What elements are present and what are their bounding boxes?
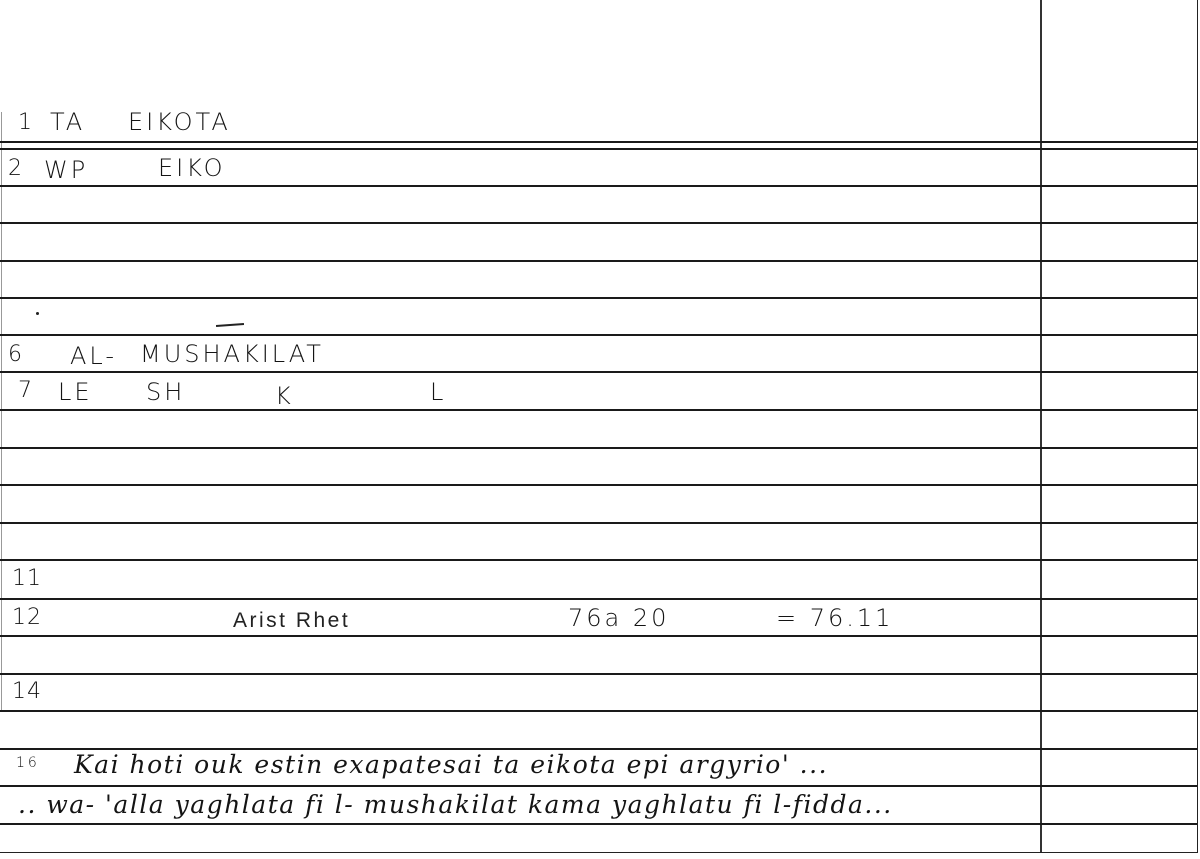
macron-mark	[216, 323, 244, 327]
source-reference: Arist Rhet	[233, 610, 350, 631]
rule-line	[0, 823, 1197, 825]
line-number: 6	[8, 344, 23, 366]
rule-line	[0, 297, 1197, 299]
rule-line	[0, 710, 1197, 712]
rule-line	[0, 673, 1197, 675]
rule-line	[0, 409, 1197, 411]
arabic-translation: .. wa- 'alla yaghlata fi l- mushakilat k…	[18, 792, 893, 817]
entry-text: AL-	[70, 344, 117, 368]
entry-text: MUSHAKILAT	[140, 342, 324, 366]
page-reference: 76a 20	[568, 606, 669, 630]
equivalent-reference: = 76.11	[776, 606, 893, 630]
index-card: 1 TA EIKOTA 2 WP EIKO 6 AL- MUSHAKILAT 7…	[0, 0, 1198, 853]
line-number: 14	[12, 681, 42, 703]
line-number: 7	[18, 380, 33, 402]
rule-line	[0, 559, 1197, 561]
entry-text: WP	[44, 158, 88, 182]
entry-text: LE	[58, 380, 93, 404]
rule-line	[0, 484, 1197, 486]
rule-line	[0, 222, 1197, 224]
rule-line	[0, 141, 1197, 143]
line-number: 1	[18, 112, 33, 134]
rule-line	[0, 260, 1197, 262]
line-number: 11	[12, 568, 42, 590]
line-number: 12	[12, 607, 42, 629]
rule-line	[0, 371, 1197, 373]
entry-headword: EIKOTA	[128, 110, 231, 134]
right-margin-line	[1040, 0, 1042, 852]
greek-quotation: Kai hoti ouk estin exapatesai ta eikota …	[74, 752, 828, 777]
line-number: 2	[8, 158, 23, 180]
entry-text: TA	[50, 110, 85, 134]
entry-text: K	[275, 384, 294, 408]
line-number: 16	[16, 756, 40, 770]
rule-line	[0, 785, 1197, 787]
rule-line	[0, 148, 1197, 150]
entry-text: L	[430, 380, 446, 404]
rule-line	[0, 598, 1197, 600]
ink-dot	[36, 312, 39, 315]
entry-text: SH	[146, 380, 185, 404]
rule-line	[0, 185, 1197, 187]
rule-line	[0, 635, 1197, 637]
left-edge	[1, 112, 2, 712]
rule-line	[0, 334, 1197, 336]
rule-line	[0, 447, 1197, 449]
entry-text: EIKO	[158, 156, 226, 180]
rule-line	[0, 522, 1197, 524]
